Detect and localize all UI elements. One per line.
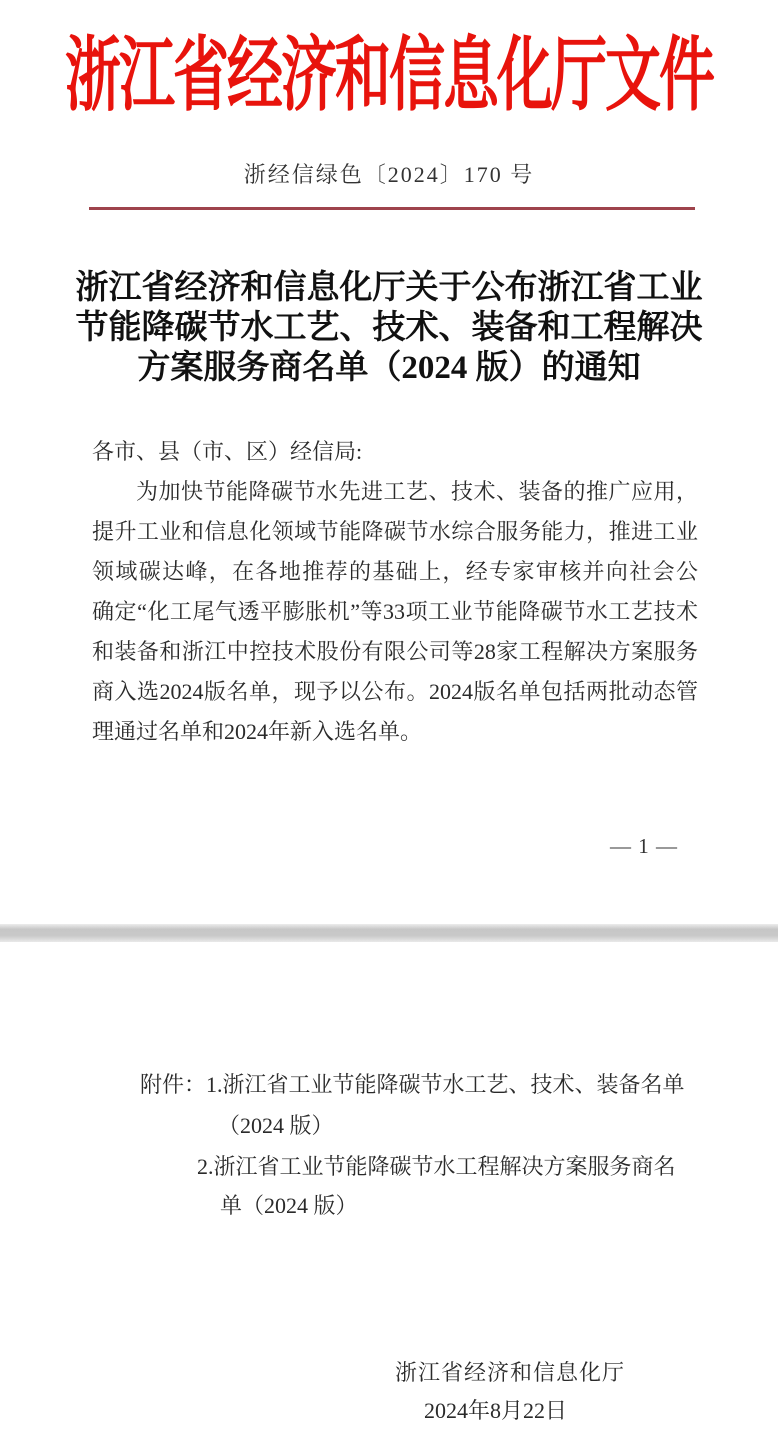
notice-title-line-2: 节能降碳节水工艺、技术、装备和工程解决	[0, 308, 778, 348]
page-separator	[0, 924, 778, 942]
document-page-1: 浙江省经济和信息化厅文件 浙经信绿色〔2024〕170 号 浙江省经济和信息化厅…	[0, 0, 778, 924]
attachment-line: 单（2024 版）	[220, 1193, 358, 1219]
red-header-title: 浙江省经济和信息化厅文件	[0, 0, 778, 160]
notice-title-line-1: 浙江省经济和信息化厅关于公布浙江省工业	[0, 268, 778, 308]
body-line: 确定“化工尾气透平膨胀机”等33项工业节能降碳节水工艺技术	[92, 592, 698, 632]
body-line: 和装备和浙江中控技术股份有限公司等28家工程解决方案服务	[92, 632, 698, 672]
notice-title: 浙江省经济和信息化厅关于公布浙江省工业 节能降碳节水工艺、技术、装备和工程解决 …	[0, 268, 778, 388]
signature-date: 2024年8月22日	[424, 1394, 567, 1425]
notice-title-line-3: 方案服务商名单（2024 版）的通知	[0, 348, 778, 388]
body-line: 提升工业和信息化领域节能降碳节水综合服务能力，推进工业	[92, 512, 698, 552]
red-rule-divider	[89, 207, 695, 210]
document-page-2: 附件：1.浙江省工业节能降碳节水工艺、技术、装备名单 （2024 版） 2.浙江…	[0, 942, 778, 1442]
body-line: 领域碳达峰，在各地推荐的基础上，经专家审核并向社会公示，	[92, 552, 698, 592]
salutation: 各市、县（市、区）经信局:	[92, 432, 362, 472]
body-line: 理通过名单和2024年新入选名单。	[92, 712, 698, 752]
body-line: 商入选2024版名单，现予以公布。2024版名单包括两批动态管	[92, 672, 698, 712]
document-number: 浙经信绿色〔2024〕170 号	[0, 158, 778, 189]
attachment-line: 2.浙江省工业节能降碳节水工程解决方案服务商名	[197, 1154, 676, 1180]
issuing-authority-signature: 浙江省经济和信息化厅	[395, 1356, 625, 1387]
body-line: 为加快节能降碳节水先进工艺、技术、装备的推广应用，	[92, 472, 698, 512]
body-paragraph: 为加快节能降碳节水先进工艺、技术、装备的推广应用， 提升工业和信息化领域节能降碳…	[92, 472, 698, 752]
attachment-line: （2024 版）	[218, 1113, 334, 1139]
page-number: — 1 —	[610, 834, 678, 859]
attachment-line: 附件：1.浙江省工业节能降碳节水工艺、技术、装备名单	[140, 1072, 685, 1098]
